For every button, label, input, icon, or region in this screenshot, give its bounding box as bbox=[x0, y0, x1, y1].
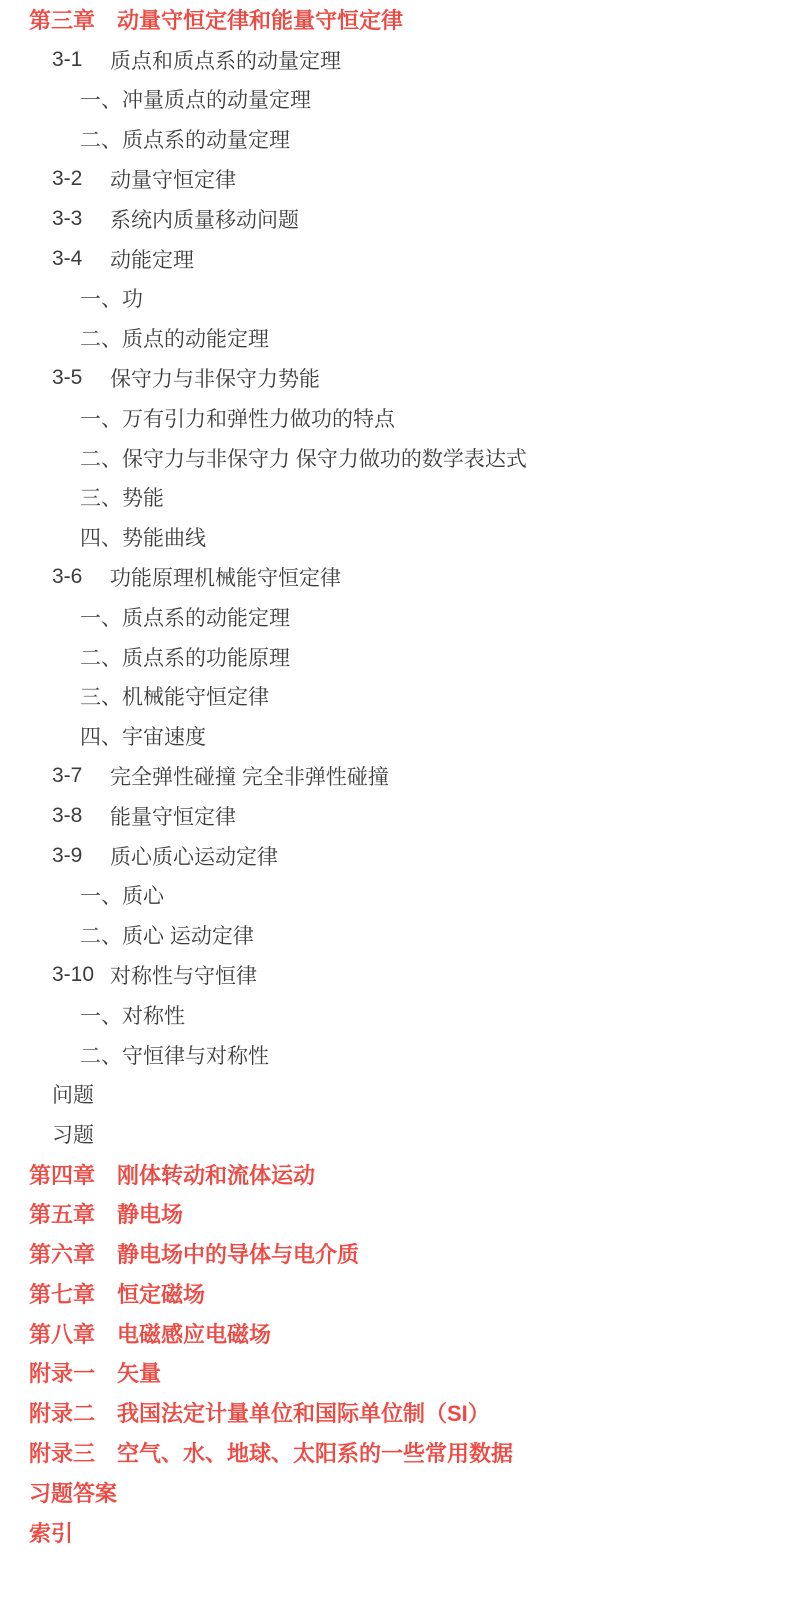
toc-item-chapter[interactable]: 第五章 静电场 bbox=[0, 1194, 790, 1234]
toc-item-section[interactable]: 3-4 动能定理 bbox=[0, 239, 790, 279]
toc-item-sub[interactable]: 一、 功 bbox=[0, 279, 790, 319]
toc-item-title: 对称性 bbox=[122, 1000, 185, 1030]
toc-item-label: 第四章 bbox=[29, 1159, 117, 1190]
toc-item-label: 3-9 bbox=[52, 844, 110, 868]
toc-item-section[interactable]: 3-8 能量守恒定律 bbox=[0, 796, 790, 836]
toc-item-sub[interactable]: 二、 保守力与非保守力 保守力做功的数学表达式 bbox=[0, 438, 790, 478]
toc-item-label: 3-2 bbox=[52, 167, 110, 191]
toc-item-title: 刚体转动和流体运动 bbox=[117, 1159, 315, 1190]
toc-item-title: 质点系的动能定理 bbox=[122, 602, 290, 632]
toc-item-label: 第八章 bbox=[29, 1318, 117, 1349]
toc-item-label: 三、 bbox=[80, 681, 122, 711]
toc-item-title: 能量守恒定律 bbox=[110, 801, 236, 831]
toc-item-title: 我国法定计量单位和国际单位制（SI） bbox=[117, 1397, 490, 1428]
toc-item-title: 守恒律与对称性 bbox=[122, 1040, 269, 1070]
toc-item-title: 宇宙速度 bbox=[122, 721, 206, 751]
toc-item-title: 完全弹性碰撞 完全非弹性碰撞 bbox=[110, 761, 389, 791]
toc-item-label: 第六章 bbox=[29, 1238, 117, 1269]
toc-item-title: 静电场 bbox=[117, 1198, 183, 1229]
toc-item-title: 质心 运动定律 bbox=[122, 920, 254, 950]
toc-item-chapter[interactable]: 附录一 矢量 bbox=[0, 1353, 790, 1393]
toc-item-label: 3-7 bbox=[52, 764, 110, 788]
table-of-contents: 第三章 动量守恒定律和能量守恒定律 3-1 质点和质点系的动量定理 一、 冲量质… bbox=[0, 0, 790, 1552]
toc-item-label: 3-3 bbox=[52, 207, 110, 231]
toc-item-sub[interactable]: 二、 质点系的动量定理 bbox=[0, 119, 790, 159]
toc-item-title: 质点系的动量定理 bbox=[122, 124, 290, 154]
toc-item-title: 动量守恒定律 bbox=[110, 164, 236, 194]
toc-item-label: 3-6 bbox=[52, 565, 110, 589]
toc-item-title: 质心质心运动定律 bbox=[110, 841, 278, 871]
toc-item-section[interactable]: 3-6 功能原理机械能守恒定律 bbox=[0, 557, 790, 597]
toc-item-sub[interactable]: 二、 质点的动能定理 bbox=[0, 318, 790, 358]
toc-item-chapter[interactable]: 第七章 恒定磁场 bbox=[0, 1274, 790, 1314]
toc-item-label: 3-5 bbox=[52, 366, 110, 390]
toc-item-label: 3-8 bbox=[52, 804, 110, 828]
toc-item-section[interactable]: 3-7 完全弹性碰撞 完全非弹性碰撞 bbox=[0, 756, 790, 796]
toc-item-sub[interactable]: 三、 机械能守恒定律 bbox=[0, 677, 790, 717]
toc-item-title: 空气、水、地球、太阳系的一些常用数据 bbox=[117, 1437, 513, 1468]
toc-item-chapter[interactable]: 附录三 空气、水、地球、太阳系的一些常用数据 bbox=[0, 1433, 790, 1473]
toc-item-label: 第三章 bbox=[29, 4, 117, 35]
toc-item-label: 二、 bbox=[80, 920, 122, 950]
toc-item-label: 附录一 bbox=[29, 1357, 117, 1388]
toc-item-title: 对称性与守恒律 bbox=[110, 960, 257, 990]
toc-item-label: 第五章 bbox=[29, 1198, 117, 1229]
toc-item-sub[interactable]: 二、 质点系的功能原理 bbox=[0, 637, 790, 677]
toc-item-label: 一、 bbox=[80, 602, 122, 632]
toc-item-sub[interactable]: 一、 质点系的动能定理 bbox=[0, 597, 790, 637]
toc-item-title: 恒定磁场 bbox=[117, 1278, 205, 1309]
toc-item-label: 3-10 bbox=[52, 963, 110, 987]
toc-item-label: 二、 bbox=[80, 1040, 122, 1070]
toc-item-label: 3-4 bbox=[52, 247, 110, 271]
toc-item-title: 保守力与非保守力势能 bbox=[110, 363, 320, 393]
toc-item-sub[interactable]: 二、 守恒律与对称性 bbox=[0, 1035, 790, 1075]
toc-item-label: 问题 bbox=[52, 1079, 110, 1109]
toc-item-sub[interactable]: 四、 势能曲线 bbox=[0, 517, 790, 557]
toc-item-section[interactable]: 3-9 质心质心运动定律 bbox=[0, 836, 790, 876]
toc-item-title: 静电场中的导体与电介质 bbox=[117, 1238, 359, 1269]
toc-item-chapter[interactable]: 第八章 电磁感应电磁场 bbox=[0, 1313, 790, 1353]
toc-item-section[interactable]: 3-10 对称性与守恒律 bbox=[0, 955, 790, 995]
toc-item-label: 二、 bbox=[80, 642, 122, 672]
toc-item-title: 功能原理机械能守恒定律 bbox=[110, 562, 341, 592]
toc-item-label: 习题答案 bbox=[29, 1477, 117, 1508]
toc-item-section[interactable]: 问题 bbox=[0, 1075, 790, 1115]
toc-item-sub[interactable]: 一、 万有引力和弹性力做功的特点 bbox=[0, 398, 790, 438]
toc-item-chapter[interactable]: 习题答案 bbox=[0, 1472, 790, 1512]
toc-page: 第三章 动量守恒定律和能量守恒定律 3-1 质点和质点系的动量定理 一、 冲量质… bbox=[0, 0, 790, 1611]
toc-item-label: 二、 bbox=[80, 124, 122, 154]
toc-item-section[interactable]: 3-1 质点和质点系的动量定理 bbox=[0, 40, 790, 80]
toc-item-label: 二、 bbox=[80, 443, 122, 473]
toc-item-chapter[interactable]: 附录二 我国法定计量单位和国际单位制（SI） bbox=[0, 1393, 790, 1433]
toc-item-sub[interactable]: 一、 冲量质点的动量定理 bbox=[0, 80, 790, 120]
toc-item-label: 附录三 bbox=[29, 1437, 117, 1468]
toc-item-chapter[interactable]: 第三章 动量守恒定律和能量守恒定律 bbox=[0, 0, 790, 40]
toc-item-title: 动能定理 bbox=[110, 244, 194, 274]
toc-item-sub[interactable]: 四、 宇宙速度 bbox=[0, 716, 790, 756]
toc-item-title: 电磁感应电磁场 bbox=[117, 1318, 271, 1349]
toc-item-title: 质点的动能定理 bbox=[122, 323, 269, 353]
toc-item-title: 矢量 bbox=[117, 1357, 161, 1388]
toc-item-title: 质心 bbox=[122, 880, 164, 910]
toc-item-sub[interactable]: 三、 势能 bbox=[0, 478, 790, 518]
toc-item-label: 附录二 bbox=[29, 1397, 117, 1428]
toc-item-label: 四、 bbox=[80, 721, 122, 751]
toc-item-title: 动量守恒定律和能量守恒定律 bbox=[117, 4, 403, 35]
toc-item-label: 一、 bbox=[80, 403, 122, 433]
toc-item-chapter[interactable]: 索引 bbox=[0, 1512, 790, 1552]
toc-item-section[interactable]: 3-5 保守力与非保守力势能 bbox=[0, 358, 790, 398]
toc-item-title: 功 bbox=[122, 283, 143, 313]
toc-item-label: 四、 bbox=[80, 522, 122, 552]
toc-item-label: 索引 bbox=[29, 1517, 117, 1548]
toc-item-sub[interactable]: 一、 对称性 bbox=[0, 995, 790, 1035]
toc-item-title: 势能曲线 bbox=[122, 522, 206, 552]
toc-item-label: 二、 bbox=[80, 323, 122, 353]
toc-item-label: 一、 bbox=[80, 283, 122, 313]
toc-item-title: 机械能守恒定律 bbox=[122, 681, 269, 711]
toc-item-chapter[interactable]: 第六章 静电场中的导体与电介质 bbox=[0, 1234, 790, 1274]
toc-item-label: 一、 bbox=[80, 84, 122, 114]
toc-item-label: 第七章 bbox=[29, 1278, 117, 1309]
toc-item-chapter[interactable]: 第四章 刚体转动和流体运动 bbox=[0, 1154, 790, 1194]
toc-item-title: 系统内质量移动问题 bbox=[110, 204, 299, 234]
toc-item-label: 习题 bbox=[52, 1119, 110, 1149]
toc-item-title: 势能 bbox=[122, 482, 164, 512]
toc-item-label: 三、 bbox=[80, 482, 122, 512]
toc-item-label: 一、 bbox=[80, 1000, 122, 1030]
toc-item-section[interactable]: 3-3 系统内质量移动问题 bbox=[0, 199, 790, 239]
toc-item-label: 3-1 bbox=[52, 48, 110, 72]
toc-item-label: 一、 bbox=[80, 880, 122, 910]
toc-item-sub[interactable]: 一、 质心 bbox=[0, 876, 790, 916]
toc-item-title: 质点和质点系的动量定理 bbox=[110, 45, 341, 75]
toc-item-title: 质点系的功能原理 bbox=[122, 642, 290, 672]
toc-item-title: 万有引力和弹性力做功的特点 bbox=[122, 403, 395, 433]
toc-item-section[interactable]: 3-2 动量守恒定律 bbox=[0, 159, 790, 199]
toc-item-title: 保守力与非保守力 保守力做功的数学表达式 bbox=[122, 443, 527, 473]
toc-item-section[interactable]: 习题 bbox=[0, 1114, 790, 1154]
toc-item-title: 冲量质点的动量定理 bbox=[122, 84, 311, 114]
toc-item-sub[interactable]: 二、 质心 运动定律 bbox=[0, 915, 790, 955]
